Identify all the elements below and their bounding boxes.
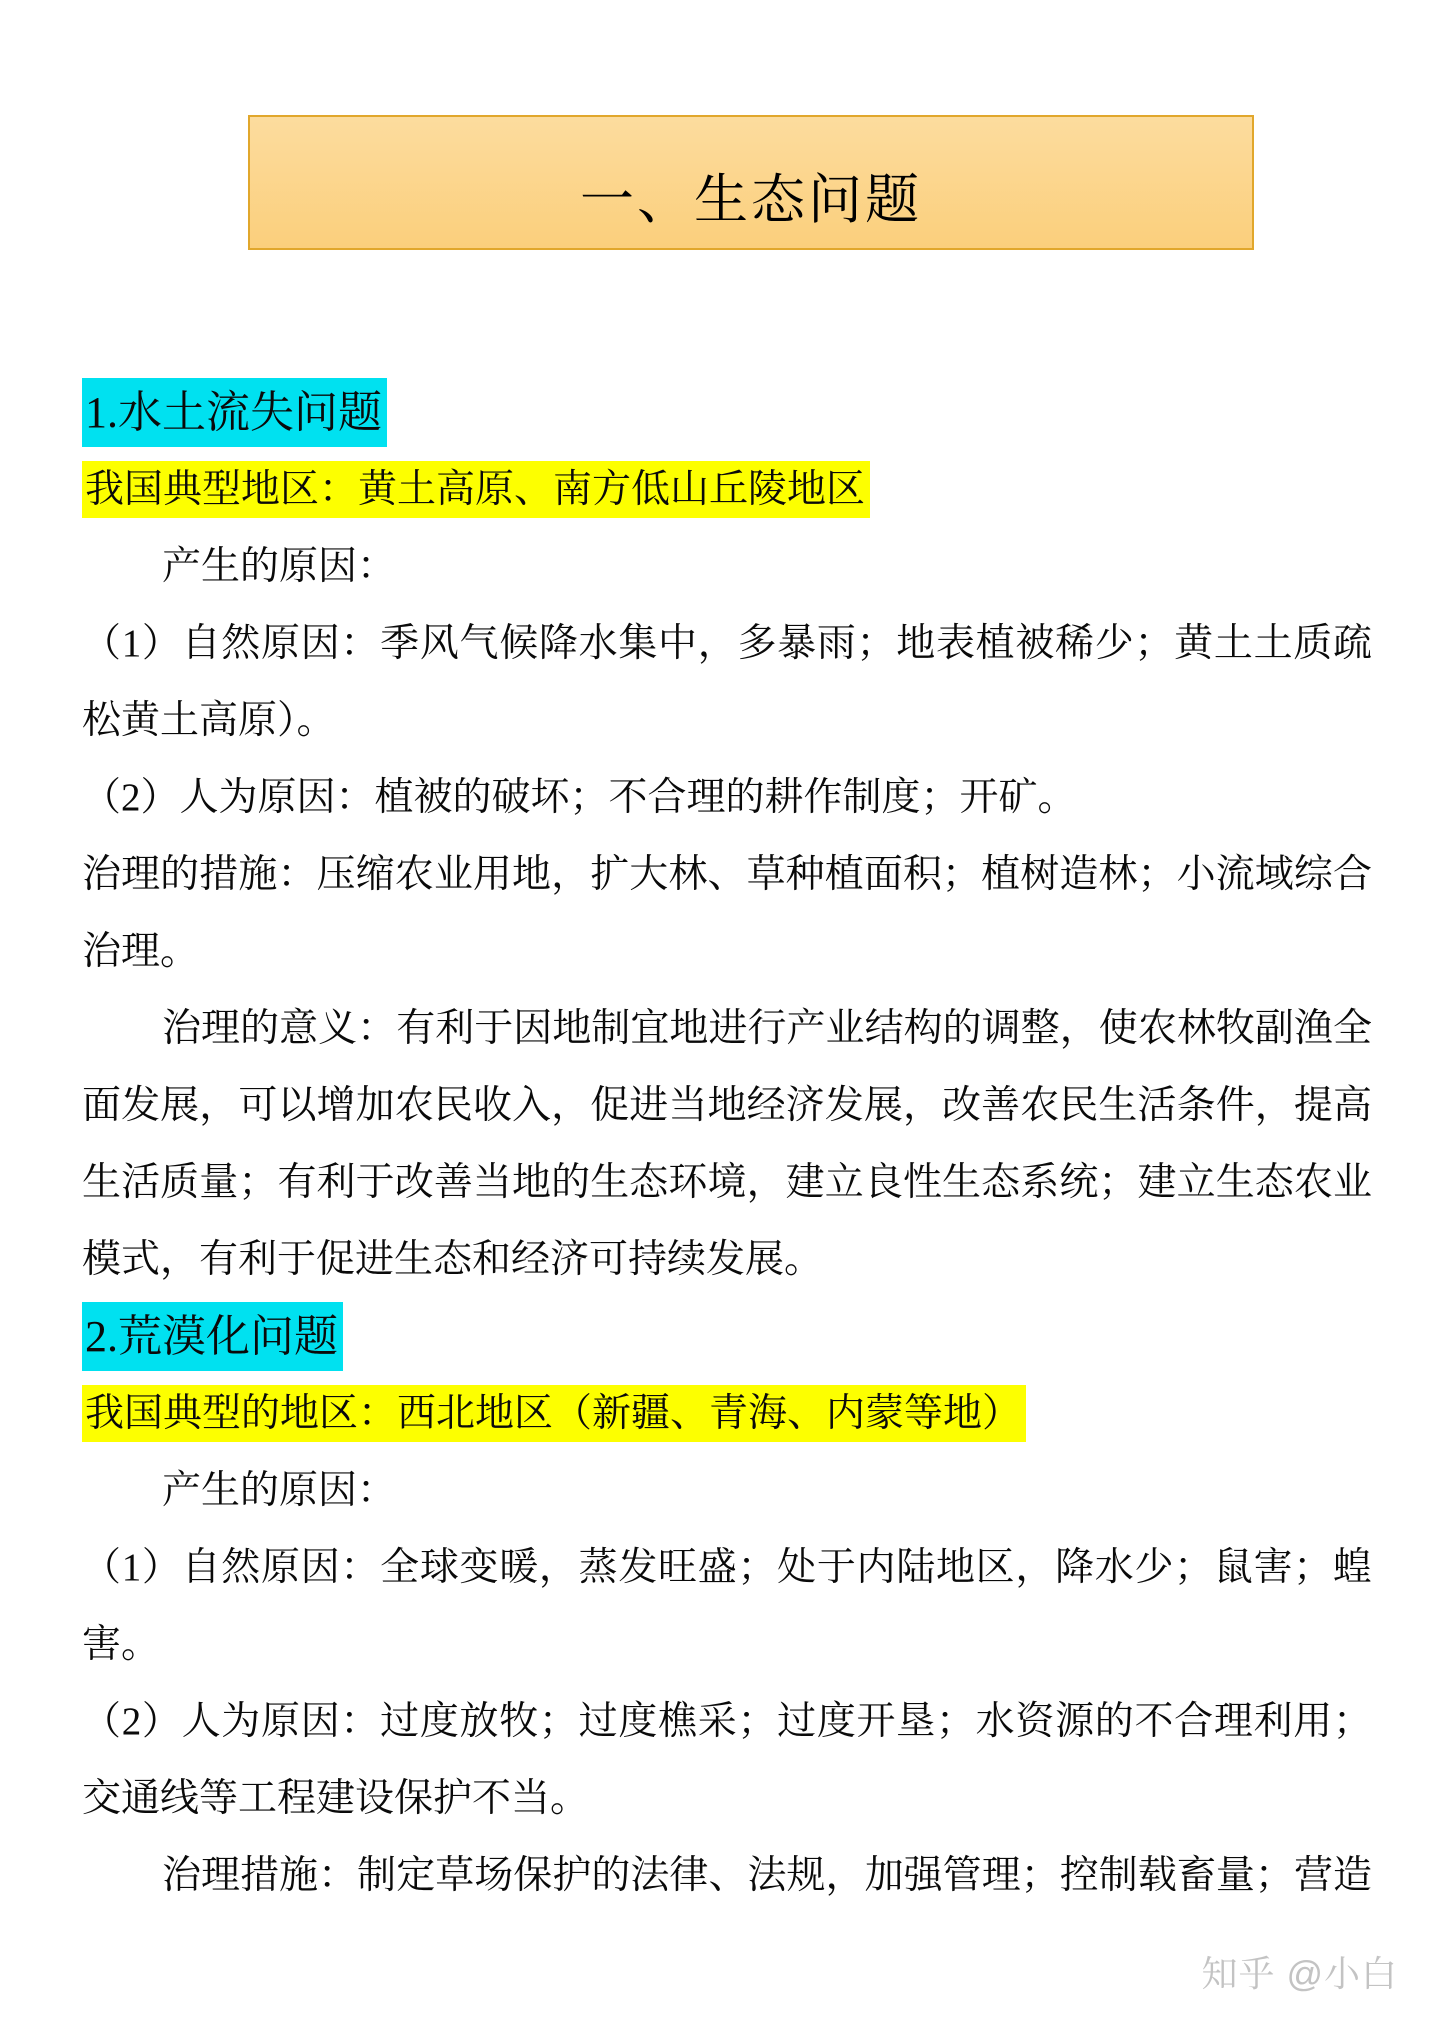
text-run: （2）人为原因：过度放牧；过度樵采；过度开垦；水资源的不合理利用； (82, 1700, 1372, 1743)
text-run: 交通线等工程建设保护不当。 (82, 1777, 589, 1820)
text-line: 产生的原因： (82, 1452, 1372, 1529)
title-banner: 一、生态问题 (248, 115, 1254, 250)
highlight-run: 我国典型的地区：西北地区（新疆、青海、内蒙等地） (82, 1385, 1026, 1442)
text-run: 治理。 (82, 930, 199, 973)
text-line: 治理。 (82, 913, 1372, 990)
text-line: （1）自然原因：季风气候降水集中，多暴雨；地表植被稀少；黄土土质疏 (82, 605, 1372, 682)
watermark: 知乎 @小白 (1201, 1946, 1398, 1997)
text-line: （1）自然原因：全球变暖，蒸发旺盛；处于内陆地区，降水少；鼠害；蝗 (82, 1529, 1372, 1606)
cyan-highlighted-heading: 1.水土流失问题 (82, 374, 1372, 451)
text-run: 生活质量；有利于改善当地的生态环境，建立良性生态系统；建立生态农业 (82, 1161, 1372, 1204)
document-body: 1.水土流失问题我国典型地区：黄土高原、南方低山丘陵地区产生的原因：（1）自然原… (82, 374, 1372, 1914)
text-run: 害。 (82, 1623, 160, 1666)
text-run: 治理措施：制定草场保护的法律、法规，加强管理；控制载畜量；营造 (162, 1854, 1372, 1897)
text-line: 产生的原因： (82, 528, 1372, 605)
text-run: 松黄土高原）。 (82, 699, 336, 742)
text-line: （2）人为原因：过度放牧；过度樵采；过度开垦；水资源的不合理利用； (82, 1683, 1372, 1760)
text-run: 产生的原因： (162, 1469, 396, 1512)
text-run: （2）人为原因：植被的破坏；不合理的耕作制度；开矿。 (82, 776, 1077, 819)
text-line: 模式，有利于促进生态和经济可持续发展。 (82, 1221, 1372, 1298)
yellow-highlighted-heading: 我国典型的地区：西北地区（新疆、青海、内蒙等地） (82, 1375, 1372, 1452)
text-run: 模式，有利于促进生态和经济可持续发展。 (82, 1238, 823, 1281)
highlight-run: 2.荒漠化问题 (82, 1302, 343, 1371)
text-line: 治理措施：制定草场保护的法律、法规，加强管理；控制载畜量；营造 (82, 1837, 1372, 1914)
text-run: 面发展，可以增加农民收入，促进当地经济发展，改善农民生活条件，提高 (82, 1084, 1372, 1127)
text-run: 治理的意义：有利于因地制宜地进行产业结构的调整，使农林牧副渔全 (162, 1007, 1372, 1050)
text-line: 治理的意义：有利于因地制宜地进行产业结构的调整，使农林牧副渔全 (82, 990, 1372, 1067)
text-line: 面发展，可以增加农民收入，促进当地经济发展，改善农民生活条件，提高 (82, 1067, 1372, 1144)
highlight-run: 我国典型地区：黄土高原、南方低山丘陵地区 (82, 461, 870, 518)
cyan-highlighted-heading: 2.荒漠化问题 (82, 1298, 1372, 1375)
text-run: 治理的措施：压缩农业用地，扩大林、草种植面积；植树造林；小流域综合 (82, 853, 1372, 896)
highlight-run: 1.水土流失问题 (82, 378, 387, 447)
text-line: （2）人为原因：植被的破坏；不合理的耕作制度；开矿。 (82, 759, 1372, 836)
text-line: 交通线等工程建设保护不当。 (82, 1760, 1372, 1837)
page-title: 一、生态问题 (580, 131, 922, 234)
document-page: 一、生态问题 1.水土流失问题我国典型地区：黄土高原、南方低山丘陵地区产生的原因… (0, 0, 1440, 2037)
text-line: 生活质量；有利于改善当地的生态环境，建立良性生态系统；建立生态农业 (82, 1144, 1372, 1221)
text-line: 治理的措施：压缩农业用地，扩大林、草种植面积；植树造林；小流域综合 (82, 836, 1372, 913)
text-run: 产生的原因： (162, 545, 396, 588)
text-line: 害。 (82, 1606, 1372, 1683)
yellow-highlighted-heading: 我国典型地区：黄土高原、南方低山丘陵地区 (82, 451, 1372, 528)
text-run: （1）自然原因：季风气候降水集中，多暴雨；地表植被稀少；黄土土质疏 (82, 622, 1372, 665)
text-run: （1）自然原因：全球变暖，蒸发旺盛；处于内陆地区，降水少；鼠害；蝗 (82, 1546, 1372, 1589)
text-line: 松黄土高原）。 (82, 682, 1372, 759)
